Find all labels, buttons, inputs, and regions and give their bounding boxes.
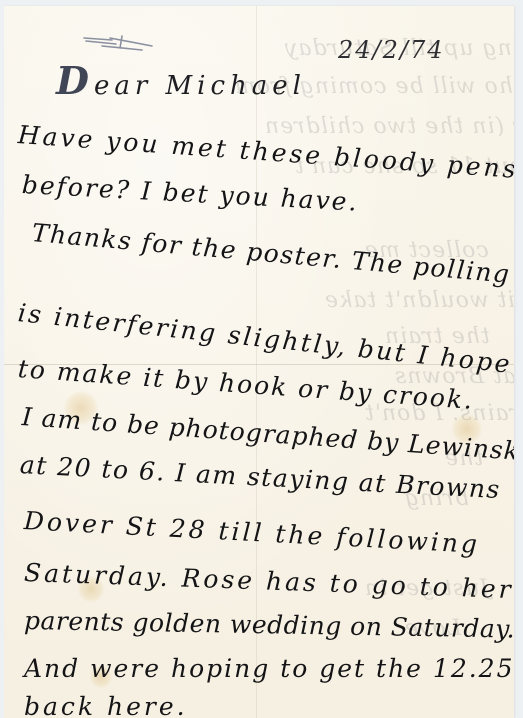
letter-date: 24/2/74 [338,36,445,64]
letter-line: parents golden wedding on Saturday. [24,606,514,644]
letter-line: Dover St 28 till the following [23,506,480,559]
salutation-initial: D [56,58,94,103]
letter-line: back here. [24,692,188,718]
salutation-text: ear Michael [94,71,306,101]
show-through-line: it wouldn't take [324,288,514,313]
salutation: Dear Michael [56,58,306,103]
scanned-page: Are you staying up till Saturday You see… [0,0,523,718]
letter-line: Thanks for the poster. The polling [31,218,512,289]
letter-line: And were hoping to get the 12.25 [24,654,514,683]
show-through-line: Bromley (in the two children [264,114,514,139]
letter-paper: Are you staying up till Saturday You see… [4,6,514,718]
crossed-out-scribble [82,32,162,52]
